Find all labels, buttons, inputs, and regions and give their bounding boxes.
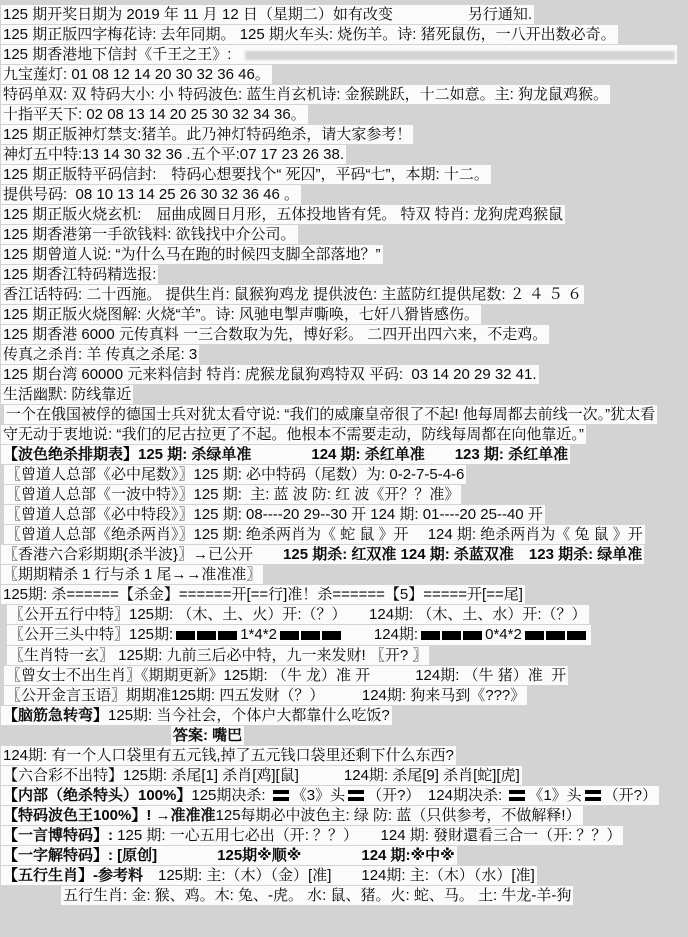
text-segment: 守无动于衷地说: “我们的尼古拉更了不起。他根本不需要走动，防线每周都在向他靠近… <box>3 426 584 443</box>
text-line: 125 期正版神灯禁支:猪羊。此乃神灯特码绝杀，请大家参考！ <box>1 125 413 144</box>
text-segment: 五行生肖: 金: 猴、鸡。木: 兔、-虎。 水: 鼠、猪。火: 蛇、马。 土: … <box>63 887 571 904</box>
text-line: 守无动于衷地说: “我们的尼古拉更了不起。他根本不需要走动，防线每周都在向他靠近… <box>1 425 586 444</box>
text-line: 〖公开金言玉语〗期期准125期: 四五发财（？） 124期: 狗来马到《???》 <box>4 686 527 705</box>
text-line: 〖公开五行中特〗125期: （木、土、火）开:（？） 124期: （木、土、水）… <box>7 605 589 624</box>
text-segment: 〖公开三头中特〗125期: <box>9 626 173 643</box>
text-segment: 【一言博特码】: <box>3 827 113 844</box>
text-segment: 125 期香港第一手欲钱料: 欲钱找中介公司。 <box>3 226 296 243</box>
black-bar <box>218 631 237 640</box>
text-segment: 125期决杀: <box>191 787 269 804</box>
black-bar <box>463 631 482 640</box>
text-segment: 一个在俄国被俘的德国士兵对犹太看守说: “我们的威廉皇帝很了不起! 他每周都去前… <box>6 406 655 423</box>
faint-watermark <box>245 51 675 60</box>
text-segment: 提供号码: 08 10 13 14 25 26 30 32 36 46 。 <box>3 186 299 203</box>
text-segment: 125 期正版火烧玄机: 屈曲成圆日月形，五体投地皆有凭。 特双 特肖: 龙狗虎… <box>3 206 563 223</box>
text-segment: 【特码波色王100%】! →准准准 <box>3 807 216 824</box>
black-bar-blocks <box>420 626 483 645</box>
text-line: 125 期开奖日期为 2019 年 11 月 12 日（星期二）如有改变 另行通… <box>1 5 534 24</box>
text-line: 传真之杀肖: 羊 传真之杀尾: 3 <box>1 345 199 364</box>
text-segment: 答案: 嘴巴 <box>173 727 242 744</box>
text-line: 生活幽默: 防线靠近 <box>1 385 133 404</box>
text-segment: 香江话特码: 二十西施。 提供生肖: 鼠猴狗鸡龙 提供波色: 主蓝防红提供尾数:… <box>3 286 582 303</box>
text-segment: 〖香港六合彩期期{杀半波}〗→已公开 <box>3 546 283 563</box>
text-line: 125 期台湾 60000 元来料信封 特肖: 虎猴龙鼠狗鸡特双 平码: 03 … <box>1 365 539 384</box>
text-segment: （开?） 124期决杀: <box>367 787 506 804</box>
text-segment: 〖曾道人总部《绝杀两肖》〗125 期: 绝杀两肖为《 蛇 鼠 》开 124 期:… <box>6 526 643 543</box>
text-line: 〖曾道人总部《必中特段》〗125 期: 08----20 29--30 开 12… <box>4 505 545 524</box>
document: 125 期开奖日期为 2019 年 11 月 12 日（星期二）如有改变 另行通… <box>0 0 688 905</box>
black-bar <box>301 631 320 640</box>
text-line: 提供号码: 08 10 13 14 25 26 30 32 36 46 。 <box>1 185 301 204</box>
double-bar-block <box>273 790 289 801</box>
text-segment: 125 期开奖日期为 2019 年 11 月 12 日（星期二）如有改变 另行通… <box>3 6 532 23</box>
text-segment: 〖曾道人总部《一波中特》〗125 期: 主: 蓝 波 防: 红 波《开？？准》 <box>6 486 459 503</box>
text-line: 【内部（绝杀特头）100%】125期决杀: 《3》头（开?） 124期决杀: 《… <box>1 786 659 805</box>
text-segment: 生活幽默: 防线靠近 <box>3 386 131 403</box>
black-bar-blocks <box>279 626 342 645</box>
text-line: 【脑筋急转弯】125期: 当今社会，个体户大都靠什么吃饭? <box>1 706 392 725</box>
text-line: 124期: 有一个人口袋里有五元钱,掉了五元钱口袋里还剩下什么东西? <box>1 746 456 765</box>
black-bar <box>421 631 440 640</box>
text-line: 125 期香港第一手欲钱料: 欲钱找中介公司。 <box>1 225 298 244</box>
text-line: 一个在俄国被俘的德国士兵对犹太看守说: “我们的威廉皇帝很了不起! 他每周都去前… <box>4 405 657 424</box>
text-segment: 1*4*2 <box>240 626 277 643</box>
text-segment: 124期: <box>344 626 418 643</box>
black-bar-blocks <box>524 626 587 645</box>
text-line: 九宝莲灯: 01 08 12 14 20 30 32 36 46。 <box>1 65 272 84</box>
text-segment: 125 期正版特平码信封: 特码心想要找个“ 死囚”，平码“七”，本期: 十二。 <box>3 166 489 183</box>
text-line: 答案: 嘴巴 <box>171 726 244 745</box>
text-line: 125 期曾道人说: “为什么马在跑的时候四支脚全部落地？” <box>1 245 383 264</box>
text-line: 【五行生肖】-参考料 125期: 主:（木）（金）[准] 124期: 主:（木）… <box>1 866 537 885</box>
text-line: 神灯五中特:13 14 30 32 36 .五个平:07 17 23 26 38… <box>1 145 346 164</box>
text-line: 〖曾道人总部《一波中特》〗125 期: 主: 蓝 波 防: 红 波《开？？准》 <box>4 485 461 504</box>
double-bar-block <box>509 790 525 801</box>
text-segment: 神灯五中特:13 14 30 32 36 .五个平:07 17 23 26 38… <box>3 146 344 163</box>
double-bar-block <box>585 790 601 801</box>
text-segment: 125 期香港 6000 元传真料 一三合数取为先，博好彩。 二四开出四六来，不… <box>3 326 547 343</box>
text-segment: 〖曾女士不出生肖〗《期期更新》125期: （牛 龙）准 开 124期: （牛 猪… <box>6 667 566 684</box>
text-segment: 125期: 主:（木）（金）[准] 124期: 主:（木）（水）[准] <box>143 867 535 884</box>
text-line: 特码单双: 双 特码大小: 小 特码波色: 蓝生肖玄机诗: 金猴跳跃，十二如意。… <box>1 85 610 104</box>
text-segment: 特码单双: 双 特码大小: 小 特码波色: 蓝生肖玄机诗: 金猴跳跃，十二如意。… <box>3 86 608 103</box>
text-line: 125 期正版四字梅花诗: 去年同期。 125 期火车头: 烧伤羊。诗: 猪死鼠… <box>1 25 618 44</box>
text-line: 125 期正版火烧图解: 火烧“羊”。诗: 风驰电掣声嘶唤，七奸八猾皆感伤。 <box>1 305 481 324</box>
black-bar-blocks <box>175 626 238 645</box>
text-segment: 传真之杀肖: 羊 传真之杀尾: 3 <box>3 346 197 363</box>
text-line: 【一言博特码】: 125 期: 一心五用七必出（开: ？？） 124 期: 發財… <box>1 826 623 845</box>
text-line: 125 期正版火烧玄机: 屈曲成圆日月形，五体投地皆有凭。 特双 特肖: 龙狗虎… <box>1 205 565 224</box>
text-line: 〖曾女士不出生肖〗《期期更新》125期: （牛 龙）准 开 124期: （牛 猪… <box>4 666 568 685</box>
black-bar <box>176 631 195 640</box>
text-line: 〖香港六合彩期期{杀半波}〗→已公开 125 期杀: 红双准 124 期: 杀蓝… <box>1 545 644 564</box>
text-line: 125 期香港地下信封《千王之王》: <box>1 45 677 64</box>
text-segment: 【波色绝杀排期表】125 期: 杀绿单准 124 期: 杀红单准 123 期: … <box>3 446 568 463</box>
text-segment: 125 期香江特码精选报: <box>3 266 156 283</box>
text-line: 125 期香港 6000 元传真料 一三合数取为先，博好彩。 二四开出四六来，不… <box>1 325 549 344</box>
text-segment: 〖公开五行中特〗125期: （木、土、火）开:（？） 124期: （木、土、水）… <box>9 606 587 623</box>
text-segment: 《1》头 <box>528 787 581 804</box>
text-segment: 【五行生肖】-参考料 <box>3 867 143 884</box>
text-line: 〖曾道人总部《绝杀两肖》〗125 期: 绝杀两肖为《 蛇 鼠 》开 124 期:… <box>4 525 645 544</box>
text-line: 〖公开三头中特〗125期:1*4*2 124期:0*4*2 <box>7 625 591 645</box>
text-line: 〖曾道人总部《必中尾数》〗125 期: 必中特码（尾数）为: 0-2-7-5-4… <box>4 465 466 484</box>
text-segment: （开?） <box>604 787 657 804</box>
text-segment: 〖曾道人总部《必中尾数》〗125 期: 必中特码（尾数）为: 0-2-7-5-4… <box>6 466 464 483</box>
text-segment: 0*4*2 <box>485 626 522 643</box>
text-line: 〖生肖特一玄〗 125期: 九前三后必中特，九一来发财! 〖开? 〗 <box>7 646 429 665</box>
text-line: 〖期期精杀 1 行与杀 1 尾→→准准准〗 <box>1 565 263 584</box>
black-bar <box>567 631 586 640</box>
black-bar <box>280 631 299 640</box>
text-segment: 十指平天下: 02 08 13 14 20 25 30 32 34 36。 <box>3 106 306 123</box>
text-segment: 125 期香港地下信封《千王之王》: <box>3 46 231 63</box>
text-line: 十指平天下: 02 08 13 14 20 25 30 32 34 36。 <box>1 105 308 124</box>
text-line: 【波色绝杀排期表】125 期: 杀绿单准 124 期: 杀红单准 123 期: … <box>1 445 570 464</box>
text-segment: 《3》头 <box>292 787 345 804</box>
text-line: 【六合彩不出特】125期: 杀尾[1] 杀肖[鸡][鼠] 124期: 杀尾[9]… <box>1 766 522 785</box>
black-bar <box>546 631 565 640</box>
text-segment: 125 期正版神灯禁支:猪羊。此乃神灯特码绝杀，请大家参考！ <box>3 126 411 143</box>
text-segment: 125每期必中波色主: 绿 防: 蓝（只供参考，不做解释!） <box>216 807 581 824</box>
text-line: 125 期香江特码精选报: <box>1 265 158 284</box>
black-bar <box>197 631 216 640</box>
text-segment: 125期: 杀======【杀金】======开[==行]准！杀======【5… <box>3 586 523 603</box>
text-line: 香江话特码: 二十西施。 提供生肖: 鼠猴狗鸡龙 提供波色: 主蓝防红提供尾数:… <box>1 285 584 304</box>
text-line: 五行生肖: 金: 猴、鸡。木: 兔、-虎。 水: 鼠、猪。火: 蛇、马。 土: … <box>61 886 573 905</box>
black-bar <box>525 631 544 640</box>
text-segment: 【脑筋急转弯】 <box>3 707 108 724</box>
black-bar <box>322 631 341 640</box>
text-line: 【一字解特码】: [原创] 125期※顺※ 124 期:※中※ <box>1 846 457 865</box>
text-segment: 124期: 有一个人口袋里有五元钱,掉了五元钱口袋里还剩下什么东西? <box>3 747 454 764</box>
text-segment: 125 期正版火烧图解: 火烧“羊”。诗: 风驰电掣声嘶唤，七奸八猾皆感伤。 <box>3 306 479 323</box>
text-segment: 【一字解特码】: [原创] 125期※顺※ 124 期:※中※ <box>3 847 455 864</box>
text-segment: 【六合彩不出特】125期: 杀尾[1] 杀肖[鸡][鼠] 124期: 杀尾[9]… <box>3 767 520 784</box>
text-segment: 〖生肖特一玄〗 125期: 九前三后必中特，九一来发财! 〖开? 〗 <box>9 647 427 664</box>
text-segment: 【内部（绝杀特头）100%】 <box>3 787 191 804</box>
text-segment: 〖公开金言玉语〗期期准125期: 四五发财（？） 124期: 狗来马到《???》 <box>6 687 525 704</box>
double-bar-block <box>348 790 364 801</box>
text-segment: 125 期曾道人说: “为什么马在跑的时候四支脚全部落地？” <box>3 246 381 263</box>
text-segment: 125 期: 一心五用七必出（开: ？？） 124 期: 發財還看三合一（开: … <box>113 827 621 844</box>
text-segment: 125 期正版四字梅花诗: 去年同期。 125 期火车头: 烧伤羊。诗: 猪死鼠… <box>3 26 616 43</box>
text-segment: 九宝莲灯: 01 08 12 14 20 30 32 36 46。 <box>3 66 270 83</box>
text-line: 125 期正版特平码信封: 特码心想要找个“ 死囚”，平码“七”，本期: 十二。 <box>1 165 491 184</box>
text-segment: 125 期台湾 60000 元来料信封 特肖: 虎猴龙鼠狗鸡特双 平码: 03 … <box>3 366 537 383</box>
text-segment: 125 期杀: 红双准 124 期: 杀蓝双准 123 期杀: 绿单准 <box>283 546 642 563</box>
text-line: 125期: 杀======【杀金】======开[==行]准！杀======【5… <box>1 585 525 604</box>
text-segment: 〖期期精杀 1 行与杀 1 尾→→准准准〗 <box>3 566 261 583</box>
text-line: 【特码波色王100%】! →准准准125每期必中波色主: 绿 防: 蓝（只供参考… <box>1 806 583 825</box>
text-segment: 〖曾道人总部《必中特段》〗125 期: 08----20 29--30 开 12… <box>6 506 543 523</box>
black-bar <box>442 631 461 640</box>
text-segment: 125期: 当今社会，个体户大都靠什么吃饭? <box>108 707 390 724</box>
